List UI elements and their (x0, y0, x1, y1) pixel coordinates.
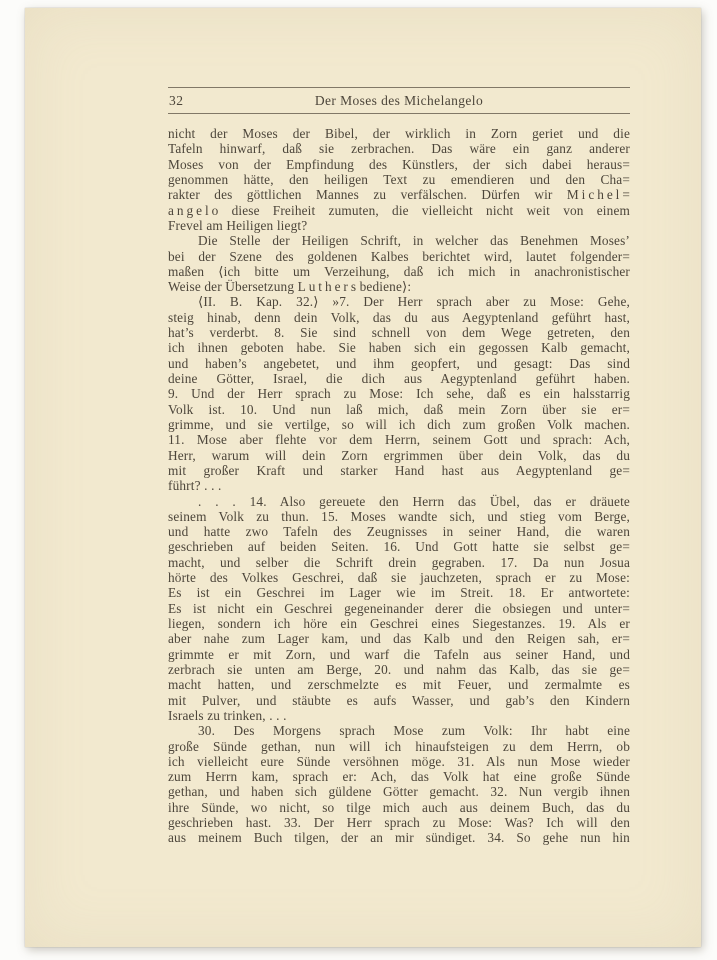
text-line: seinem Volk zu thun. 15. Moses wandte si… (168, 509, 630, 524)
header-rule-bottom (168, 113, 630, 114)
text-line: 9. Und der Herr sprach zu Mose: Ich sehe… (168, 386, 630, 401)
text-line: Moses von der Empfindung des Künstlers, … (168, 157, 630, 172)
text-line: gethan, und haben sich güldene Götter ge… (168, 784, 630, 799)
text-line: rakter des göttlichen Mannes zu verfälsc… (168, 187, 630, 202)
text-line: nicht der Moses der Bibel, der wirklich … (168, 126, 630, 141)
page-number: 32 (169, 88, 184, 114)
text-line: Volk ist. 10. Und nun laß mich, daß mein… (168, 402, 630, 417)
text-line: deine Götter, Israel, die dich aus Aegyp… (168, 371, 630, 386)
text-line: und hatte zwo Tafeln des Zeugnisses in s… (168, 524, 630, 539)
header-row: 32 Der Moses des Michelangelo (168, 88, 630, 113)
paragraph: ⟨II. B. Kap. 32.⟩ »7. Der Herr sprach ab… (168, 294, 630, 493)
paragraph: nicht der Moses der Bibel, der wirklich … (168, 126, 630, 233)
text-line: führt? . . . (168, 478, 630, 493)
text-line: grimme, und sie vertilge, so will ich di… (168, 417, 630, 432)
text-line: zerbrach sie unten am Berge, 20. und nah… (168, 662, 630, 677)
text-line: zum Herrn kam, sprach er: Ach, das Volk … (168, 769, 630, 784)
text-line: ich ihnen geboten habe. Sie haben sich e… (168, 340, 630, 355)
text-line: a n g e l o diese Freiheit zumuten, die … (168, 203, 630, 218)
text-line: aber nahe zum Lager kam, und das Kalb un… (168, 631, 630, 646)
text-line: bei der Szene des goldenen Kalbes berich… (168, 249, 630, 264)
text-line: Weise der Übersetzung L u t h e r s bedi… (168, 279, 630, 294)
paragraph: . . . 14. Also gereuete den Herrn das Üb… (168, 494, 630, 724)
text-line: genommen hätte, den heiligen Text zu eme… (168, 172, 630, 187)
text-line: Die Stelle der Heiligen Schrift, in welc… (168, 233, 630, 248)
text-line: mit großer Kraft und starker Hand hast a… (168, 463, 630, 478)
text-line: 11. Mose aber flehte vor dem Herrn, sein… (168, 432, 630, 447)
text-line: steig hinab, denn dein Volk, das du aus … (168, 310, 630, 325)
text-line: Tafeln hinwarf, daß sie zerbrachen. Das … (168, 141, 630, 156)
text-line: ihre Sünde, wo nicht, so tilge mich auch… (168, 800, 630, 815)
text-line: Es ist nicht ein Geschrei gegeneinander … (168, 601, 630, 616)
text-line: ich vielleicht eure Sünde versöhnen möge… (168, 754, 630, 769)
text-line: macht, und selber die Schrift drein gegr… (168, 555, 630, 570)
body-text: nicht der Moses der Bibel, der wirklich … (168, 126, 630, 846)
text-line: liegen, sondern ich höre ein Geschrei ei… (168, 616, 630, 631)
running-title: Der Moses des Michelangelo (168, 88, 630, 114)
running-header: 32 Der Moses des Michelangelo (168, 87, 630, 114)
text-line: ⟨II. B. Kap. 32.⟩ »7. Der Herr sprach ab… (168, 294, 630, 309)
paragraph: Die Stelle der Heiligen Schrift, in welc… (168, 233, 630, 294)
book-page: 32 Der Moses des Michelangelo nicht der … (25, 8, 701, 947)
paragraph: 30. Des Morgens sprach Mose zum Volk: Ih… (168, 723, 630, 846)
text-line: maßen ⟨ich bitte um Verzeihung, daß ich … (168, 264, 630, 279)
text-line: geschrieben hast. 33. Der Herr sprach zu… (168, 815, 630, 830)
text-line: grimmte er mit Zorn, und warf die Tafeln… (168, 647, 630, 662)
text-line: Es ist ein Geschrei im Lager wie im Stre… (168, 585, 630, 600)
text-line: 30. Des Morgens sprach Mose zum Volk: Ih… (168, 723, 630, 738)
text-line: aus meinem Buch tilgen, der an mir sündi… (168, 830, 630, 845)
text-line: macht hatten, und zerschmelzte es mit Fe… (168, 677, 630, 692)
text-line: Israels zu trinken, . . . (168, 708, 630, 723)
text-line: große Sünde gethan, nun will ich hinaufs… (168, 739, 630, 754)
text-line: hat’s verderbt. 8. Sie sind schnell von … (168, 325, 630, 340)
text-line: geschrieben auf beiden Seiten. 16. Und G… (168, 539, 630, 554)
text-line: mit Pulver, und stäubte es aufs Wasser, … (168, 693, 630, 708)
text-line: hörte des Volkes Geschrei, daß sie jauch… (168, 570, 630, 585)
text-line: Frevel am Heiligen liegt? (168, 218, 630, 233)
text-line: . . . 14. Also gereuete den Herrn das Üb… (168, 494, 630, 509)
text-line: und haben’s angebetet, und ihm geopfert,… (168, 356, 630, 371)
text-line: Herr, warum will dein Zorn ergrimmen übe… (168, 448, 630, 463)
